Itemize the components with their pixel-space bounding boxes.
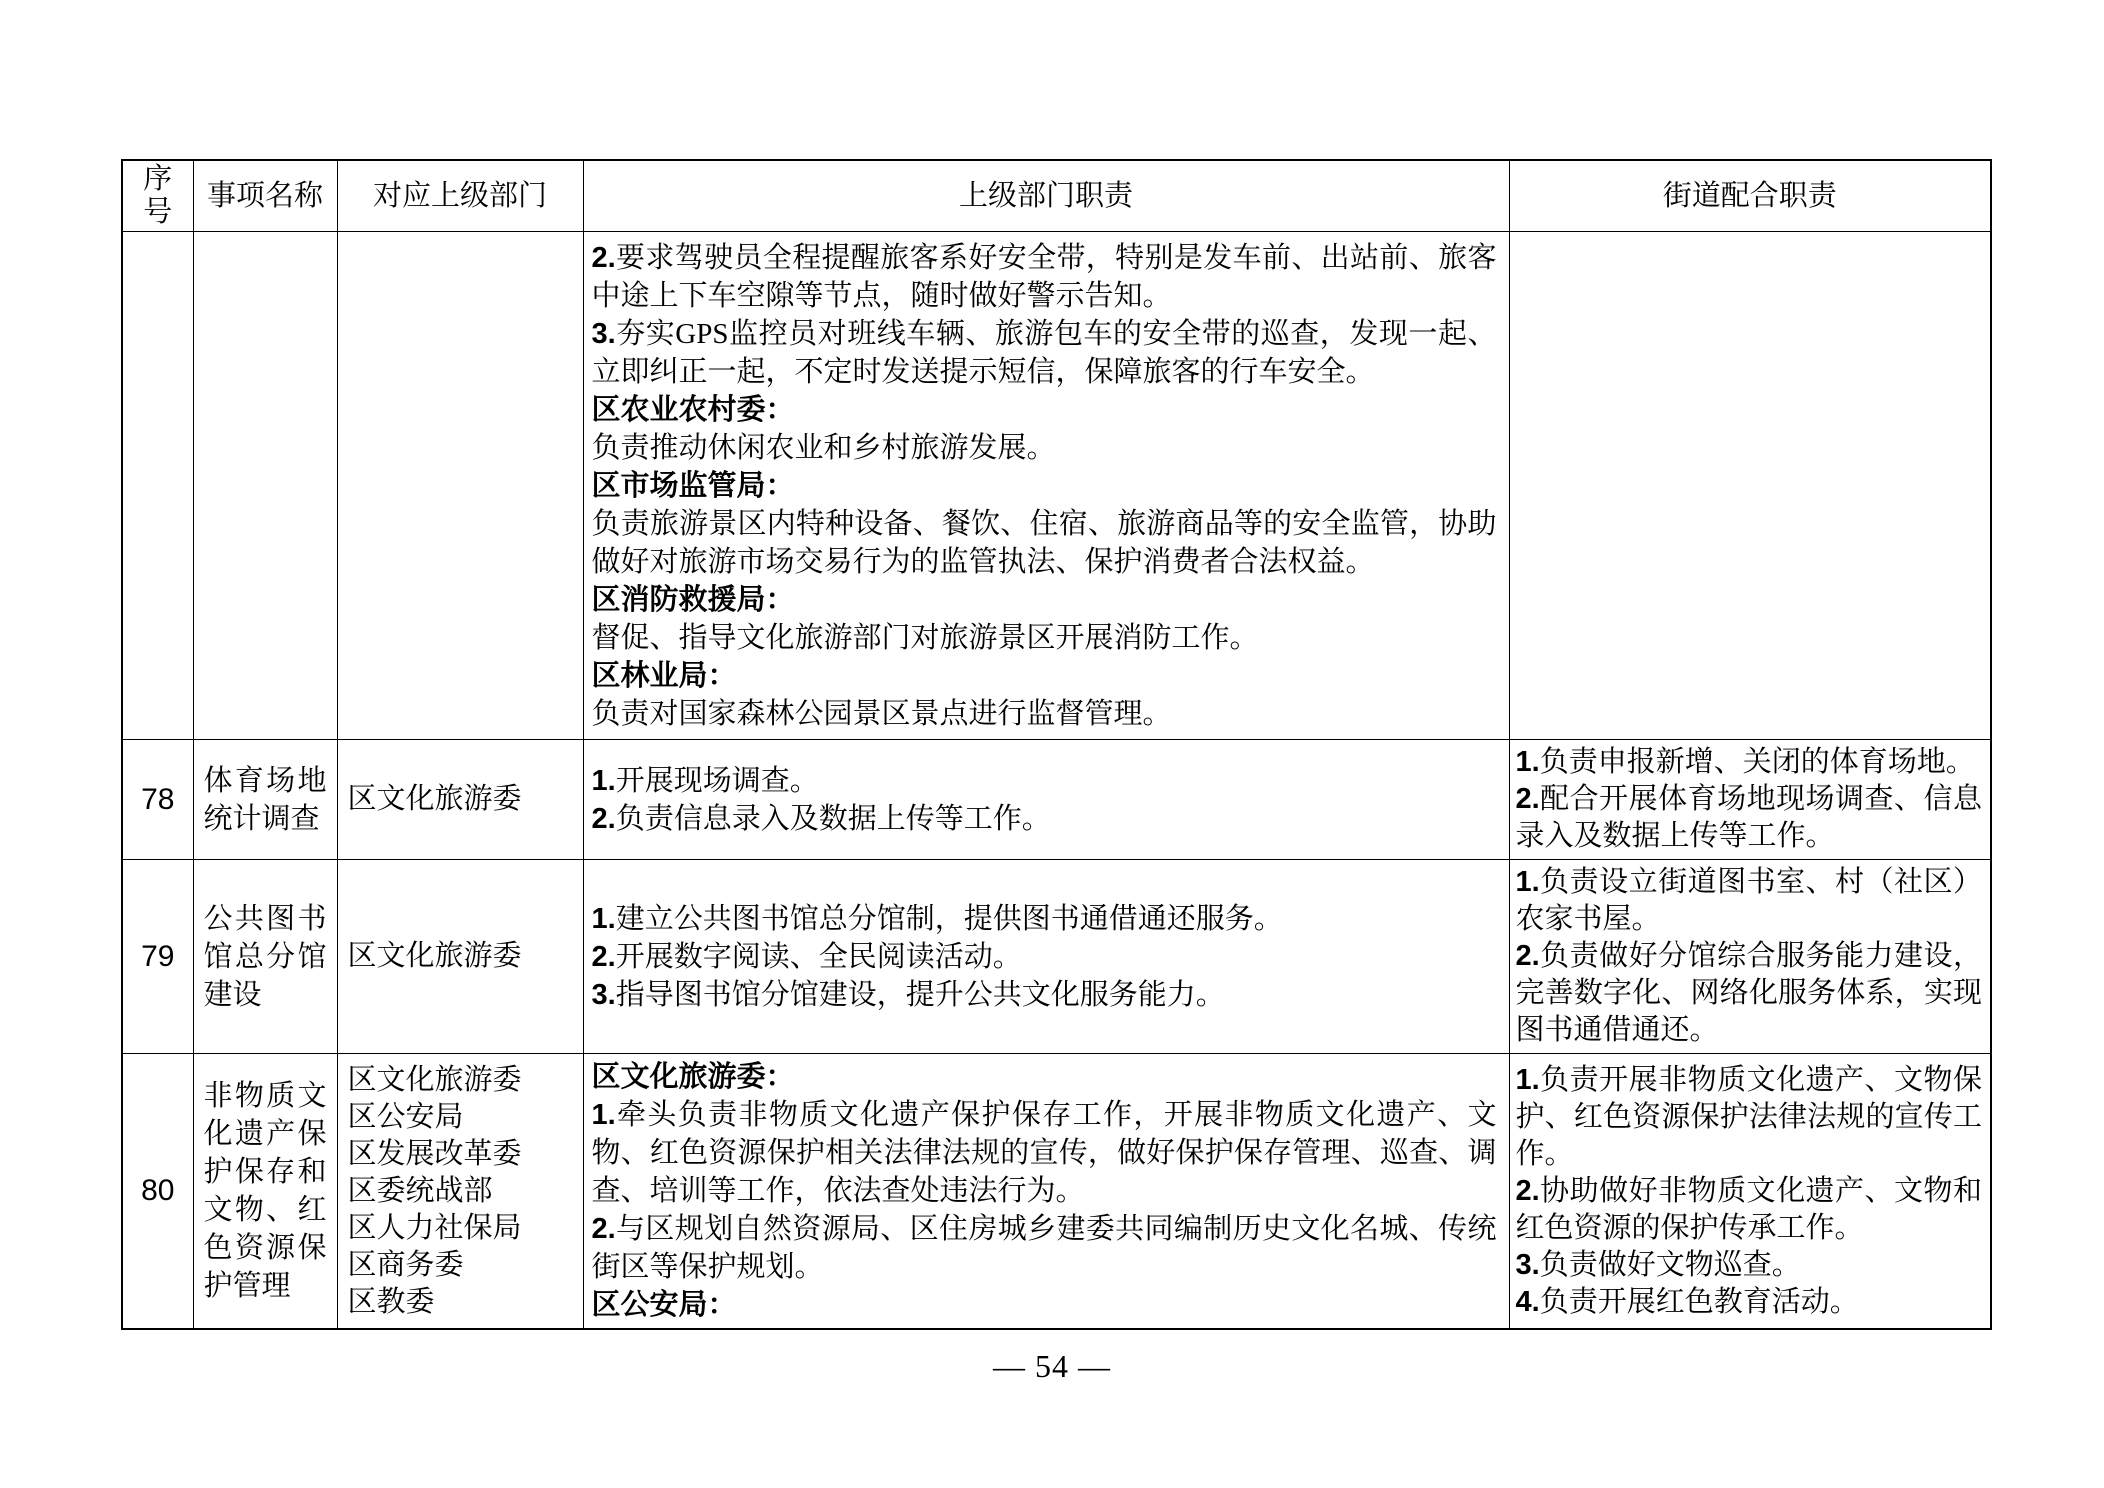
list-number: 1. [1516,746,1540,778]
department-item: 区文化旅游委 [348,1062,573,1099]
header-superior-duties: 上级部门职责 [583,160,1509,232]
row-seq-cell: 78 [122,740,193,860]
duty-item: 1.负责开展非物质文化遗产、文物保护、红色资源保护法律法规的宣传工作。 [1516,1062,1983,1173]
list-number: 4. [1516,1286,1540,1318]
duties-table: 序号 事项名称 对应上级部门 上级部门职责 街道配合职责 2.要求驾驶员全程提醒… [121,159,1992,1330]
street-duties-cell: 1.负责申报新增、关闭的体育场地。2.配合开展体育场地现场调查、信息录入及数据上… [1509,740,1991,860]
list-number: 3. [1516,1249,1540,1281]
duty-item: 负责旅游景区内特种设备、餐饮、住宿、旅游商品等的安全监管，协助做好对旅游市场交易… [592,505,1497,581]
department-heading: 区文化旅游委： [592,1058,1497,1096]
departments-cell: 区文化旅游委 [337,860,583,1054]
header-seq: 序号 [122,160,193,232]
header-superior-department: 对应上级部门 [337,160,583,232]
department-heading: 区消防救援局： [592,581,1497,619]
department-heading: 区公安局： [592,1286,1497,1324]
list-number: 2. [1516,783,1540,815]
duty-item: 2.开展数字阅读、全民阅读活动。 [592,938,1497,976]
row-seq-cell: 79 [122,860,193,1054]
list-number: 2. [592,941,616,973]
table-row: 2.要求驾驶员全程提醒旅客系好安全带，特别是发车前、出站前、旅客中途上下车空隙等… [122,232,1991,740]
document-page: 序号 事项名称 对应上级部门 上级部门职责 街道配合职责 2.要求驾驶员全程提醒… [0,0,2104,1488]
duty-item: 负责推动休闲农业和乡村旅游发展。 [592,429,1497,467]
duty-item: 4.负责开展红色教育活动。 [1516,1284,1983,1321]
superior-duties-cell: 区文化旅游委：1.牵头负责非物质文化遗产保护保存工作，开展非物质文化遗产、文物、… [583,1054,1509,1330]
superior-duties-cell: 1.建立公共图书馆总分馆制，提供图书通借通还服务。2.开展数字阅读、全民阅读活动… [583,860,1509,1054]
duty-item: 督促、指导文化旅游部门对旅游景区开展消防工作。 [592,619,1497,657]
table-body: 2.要求驾驶员全程提醒旅客系好安全带，特别是发车前、出站前、旅客中途上下车空隙等… [122,232,1991,1330]
department-item: 区发展改革委 [348,1136,573,1173]
duty-item: 1.负责申报新增、关闭的体育场地。 [1516,744,1983,781]
department-item: 区商务委 [348,1247,573,1284]
department-heading: 区农业农村委： [592,391,1497,429]
list-number: 1. [1516,1064,1540,1096]
list-number: 1. [592,1099,616,1131]
department-item: 区文化旅游委 [348,938,573,975]
duty-item: 2.协助做好非物质文化遗产、文物和红色资源的保护传承工作。 [1516,1173,1983,1247]
table-row: 78体育场地统计调查区文化旅游委1.开展现场调查。2.负责信息录入及数据上传等工… [122,740,1991,860]
street-duties-cell: 1.负责设立街道图书室、村（社区）农家书屋。2.负责做好分馆综合服务能力建设，完… [1509,860,1991,1054]
duty-item: 2.与区规划自然资源局、区住房城乡建委共同编制历史文化名城、传统街区等保护规划。 [592,1210,1497,1286]
department-item: 区公安局 [348,1099,573,1136]
list-number: 3. [592,318,616,350]
department-heading: 区林业局： [592,657,1497,695]
item-name-cell: 公共图书馆总分馆建设 [193,860,337,1054]
duty-item: 1.牵头负责非物质文化遗产保护保存工作，开展非物质文化遗产、文物、红色资源保护相… [592,1096,1497,1210]
list-number: 1. [592,903,616,935]
duty-item: 1.开展现场调查。 [592,762,1497,800]
duty-item: 2.负责做好分馆综合服务能力建设，完善数字化、网络化服务体系，实现图书通借通还。 [1516,938,1983,1049]
duty-item: 2.要求驾驶员全程提醒旅客系好安全带，特别是发车前、出站前、旅客中途上下车空隙等… [592,239,1497,315]
department-item: 区教委 [348,1284,573,1321]
page-number: — 54 — [0,1348,2104,1385]
table-row: 80非物质文化遗产保护保存和文物、红色资源保护管理区文化旅游委区公安局区发展改革… [122,1054,1991,1330]
department-item: 区人力社保局 [348,1210,573,1247]
street-duties-cell: 1.负责开展非物质文化遗产、文物保护、红色资源保护法律法规的宣传工作。2.协助做… [1509,1054,1991,1330]
list-number: 3. [592,979,616,1011]
header-row: 序号 事项名称 对应上级部门 上级部门职责 街道配合职责 [122,160,1991,232]
list-number: 2. [592,803,616,835]
duty-item: 1.建立公共图书馆总分馆制，提供图书通借通还服务。 [592,900,1497,938]
department-heading: 区市场监管局： [592,467,1497,505]
superior-duties-cell: 1.开展现场调查。2.负责信息录入及数据上传等工作。 [583,740,1509,860]
table-row: 79公共图书馆总分馆建设区文化旅游委1.建立公共图书馆总分馆制，提供图书通借通还… [122,860,1991,1054]
header-item-name: 事项名称 [193,160,337,232]
departments-cell: 区文化旅游委 [337,740,583,860]
header-street-duties: 街道配合职责 [1509,160,1991,232]
department-item: 区文化旅游委 [348,781,573,818]
list-number: 2. [1516,940,1540,972]
row-seq-cell: 80 [122,1054,193,1330]
list-number: 2. [592,242,616,274]
department-item: 区委统战部 [348,1173,573,1210]
duty-item: 负责对国家森林公园景区景点进行监督管理。 [592,695,1497,733]
duty-item: 3.指导图书馆分馆建设，提升公共文化服务能力。 [592,976,1497,1014]
duty-item: 1.负责设立街道图书室、村（社区）农家书屋。 [1516,864,1983,938]
list-number: 1. [592,765,616,797]
list-number: 2. [1516,1175,1540,1207]
duty-item: 3.夯实GPS监控员对班线车辆、旅游包车的安全带的巡查，发现一起、立即纠正一起，… [592,315,1497,391]
list-number: 1. [1516,866,1540,898]
item-name-cell [193,232,337,740]
duty-item: 2.负责信息录入及数据上传等工作。 [592,800,1497,838]
departments-cell [337,232,583,740]
duty-item: 2.配合开展体育场地现场调查、信息录入及数据上传等工作。 [1516,781,1983,855]
table-header: 序号 事项名称 对应上级部门 上级部门职责 街道配合职责 [122,160,1991,232]
row-seq-cell [122,232,193,740]
item-name-cell: 体育场地统计调查 [193,740,337,860]
duty-item: 3.负责做好文物巡查。 [1516,1247,1983,1284]
item-name-cell: 非物质文化遗产保护保存和文物、红色资源保护管理 [193,1054,337,1330]
list-number: 2. [592,1213,616,1245]
street-duties-cell [1509,232,1991,740]
departments-cell: 区文化旅游委区公安局区发展改革委区委统战部区人力社保局区商务委区教委 [337,1054,583,1330]
superior-duties-cell: 2.要求驾驶员全程提醒旅客系好安全带，特别是发车前、出站前、旅客中途上下车空隙等… [583,232,1509,740]
